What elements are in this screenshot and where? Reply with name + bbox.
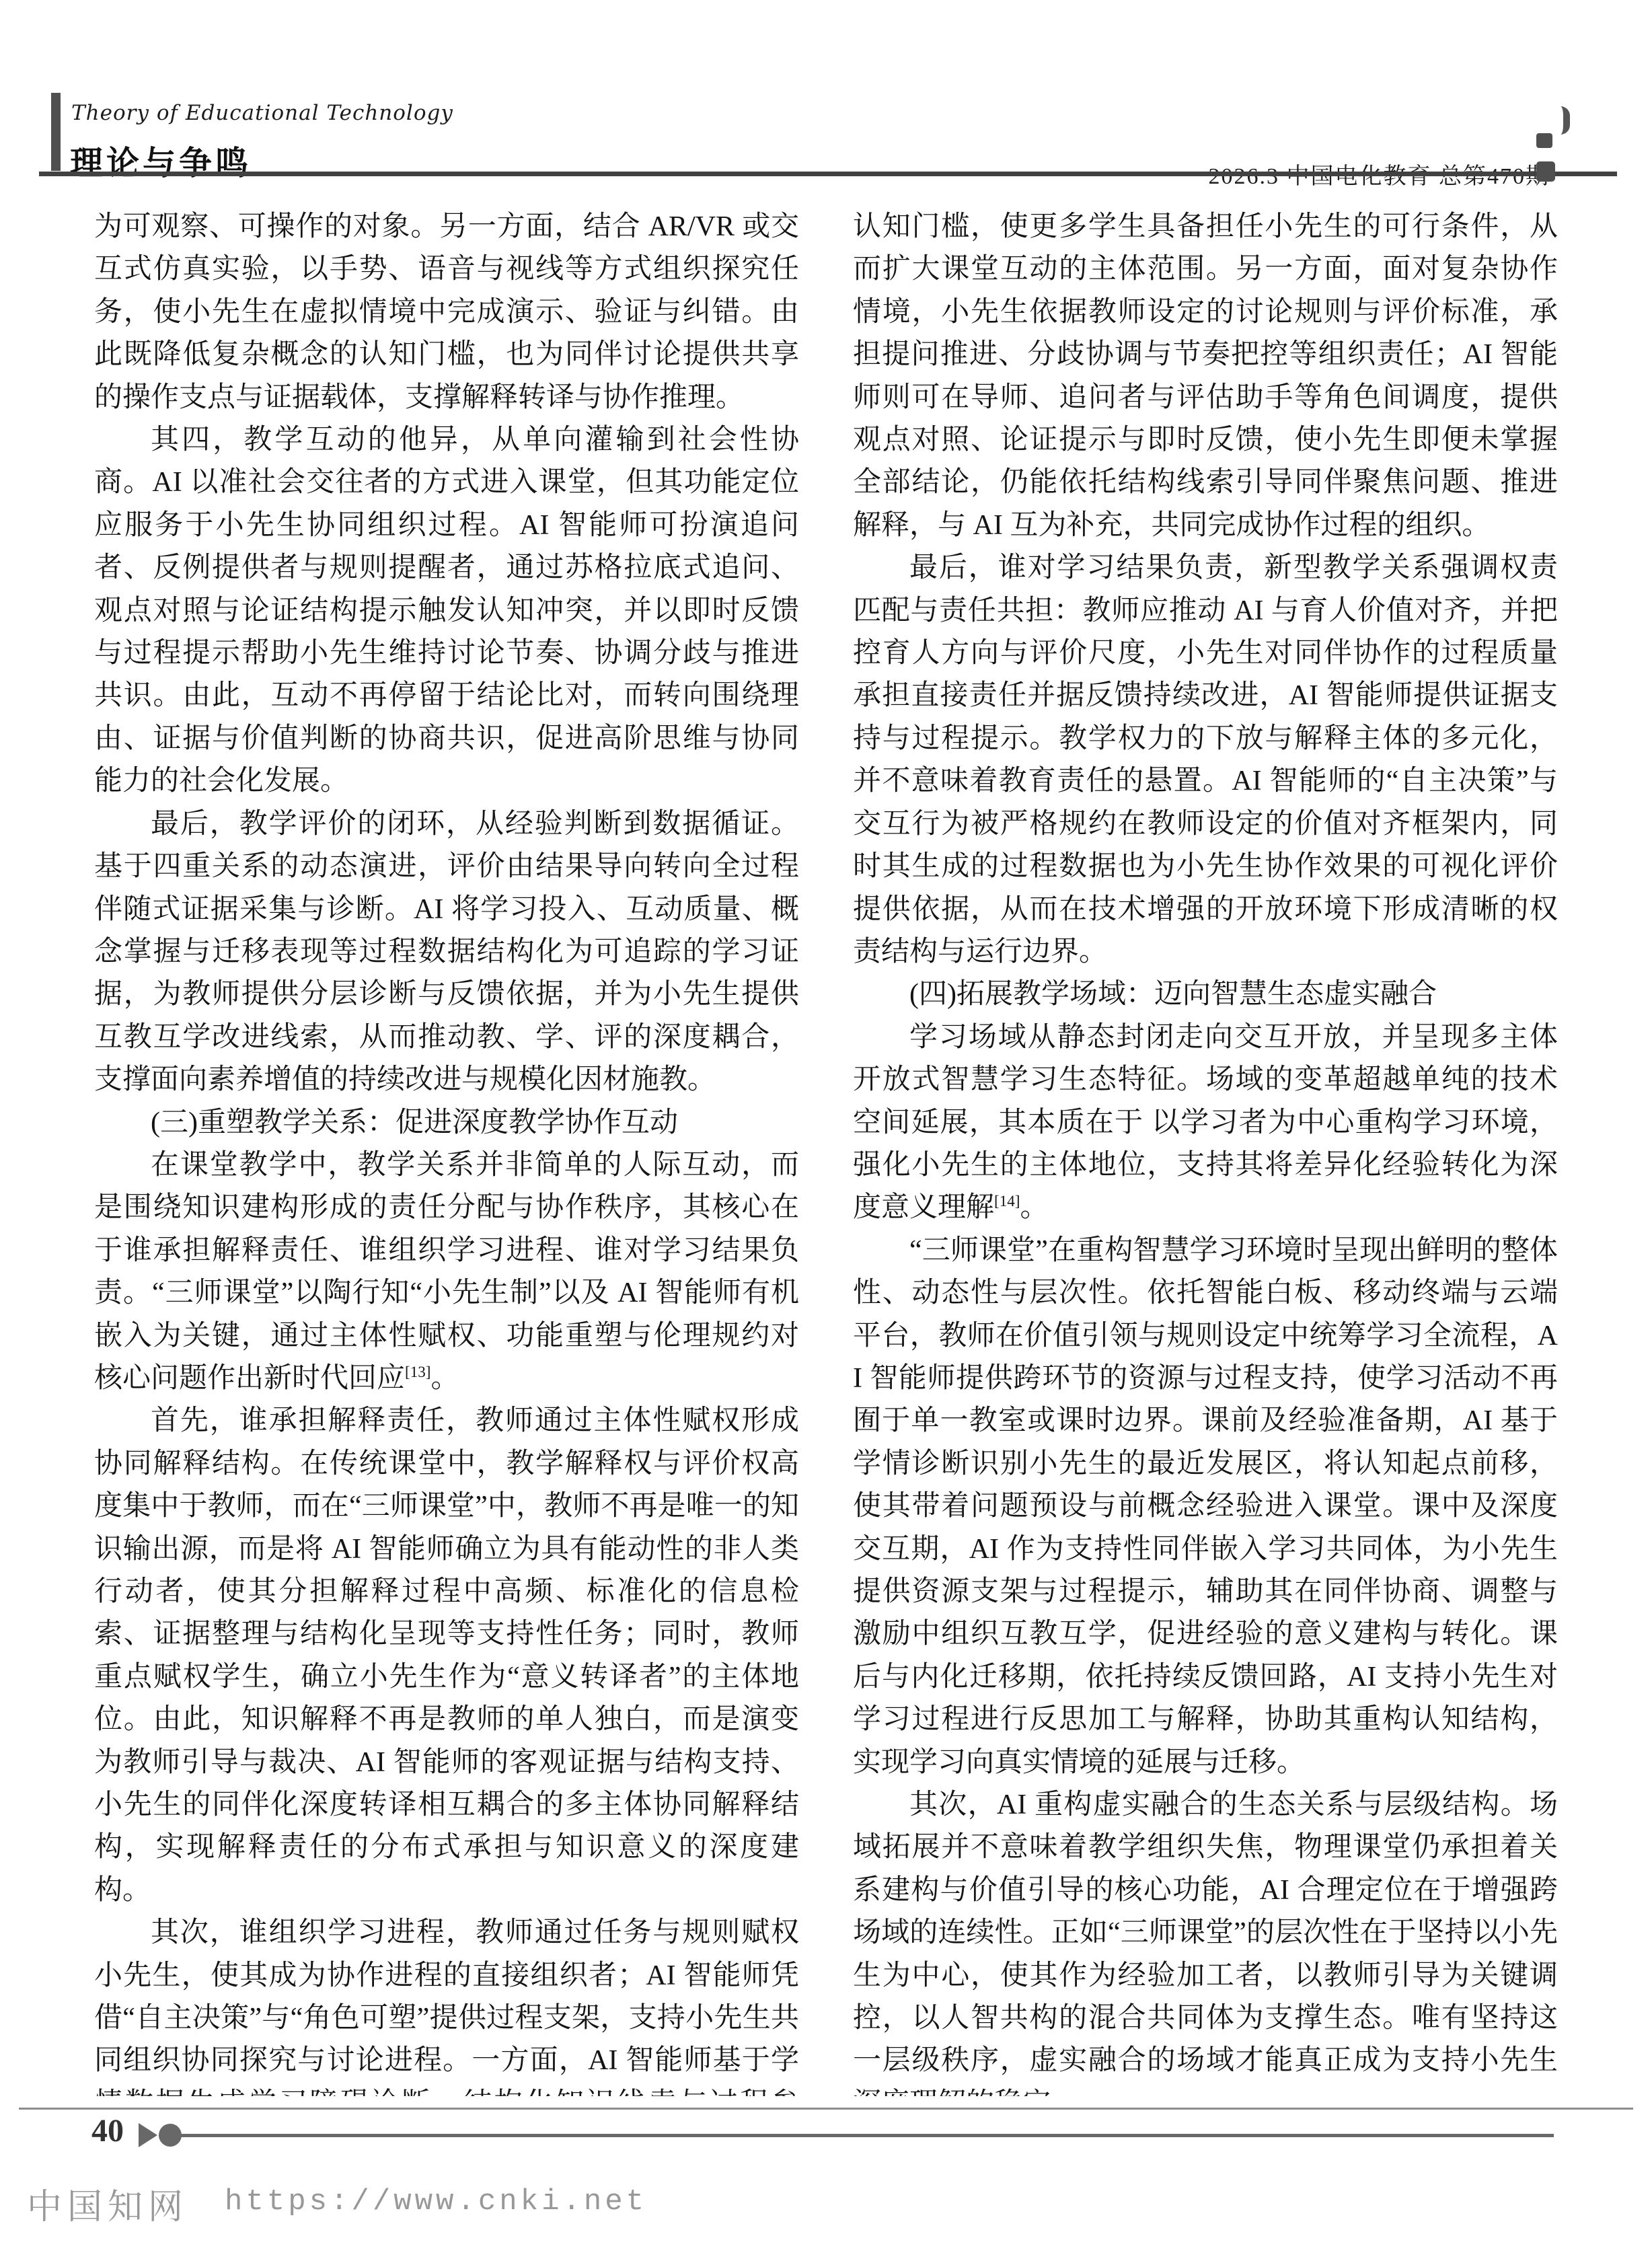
paragraph: 在课堂教学中，教学关系并非简单的人际互动，而是围绕知识建构形成的责任分配与协作秩…	[94, 1144, 799, 1400]
paragraph: “三师课堂”在重构智慧学习环境时呈现出鲜明的整体性、动态性与层次性。依托智能白板…	[853, 1230, 1558, 1784]
header-ornament-icon	[1536, 161, 1555, 182]
paragraph: (三)重塑教学关系：促进深度教学协作互动	[94, 1102, 799, 1144]
article-column-right: 认知门槛，使更多学生具备担任小先生的可行条件，从而扩大课堂互动的主体范围。另一方…	[853, 206, 1558, 2096]
footer-decorative-line	[176, 2134, 1554, 2137]
paragraph: 其四，教学互动的他异，从单向灌输到社会性协商。AI 以准社会交往者的方式进入课堂…	[94, 419, 799, 803]
header-ornament-icon	[1552, 106, 1570, 135]
header-rule	[39, 172, 1617, 176]
journal-page: Theory of Educational Technology 理论与争鸣 2…	[0, 0, 1652, 2265]
cnki-watermark: 中国知网	[27, 2178, 188, 2229]
article-column-left: 为可观察、可操作的对象。另一方面，结合 AR/VR 或交互式仿真实验，以手势、语…	[94, 206, 799, 2096]
header-ornament-icon	[1536, 133, 1552, 148]
page-number: 40	[91, 2112, 124, 2149]
citation-ref: [14]	[994, 1192, 1020, 1210]
footer-rule	[19, 2108, 1633, 2110]
paragraph: 学习场域从静态封闭走向交互开放，并呈现多主体开放式智慧学习生态特征。场域的变革超…	[853, 1016, 1558, 1230]
journal-english-title: Theory of Educational Technology	[71, 101, 453, 125]
paragraph: 为可观察、可操作的对象。另一方面，结合 AR/VR 或交互式仿真实验，以手势、语…	[94, 206, 799, 419]
paragraph: 其次，谁组织学习进程，教师通过任务与规则赋权小先生，使其成为协作进程的直接组织者…	[94, 1912, 799, 2096]
cnki-url: https://www.cnki.net	[225, 2185, 647, 2219]
header-accent-bar	[51, 93, 61, 171]
section-title: 理论与争鸣	[70, 137, 252, 184]
paragraph: 首先，谁承担解释责任，教师通过主体性赋权形成协同解释结构。在传统课堂中，教学解释…	[94, 1400, 799, 1912]
citation-ref: [13]	[405, 1363, 430, 1380]
paragraph: 认知门槛，使更多学生具备担任小先生的可行条件，从而扩大课堂互动的主体范围。另一方…	[853, 206, 1558, 547]
paragraph: (四)拓展教学场域：迈向智慧生态虚实融合	[853, 973, 1558, 1016]
paragraph: 其次，AI 重构虚实融合的生态关系与层级结构。场域拓展并不意味着教学组织失焦，物…	[853, 1784, 1558, 2096]
paragraph: 最后，谁对学习结果负责，新型教学关系强调权责匹配与责任共担：教师应推动 AI 与…	[853, 547, 1558, 973]
paragraph: 最后，教学评价的闭环，从经验判断到数据循证。基于四重关系的动态演进，评价由结果导…	[94, 803, 799, 1102]
triangle-icon	[139, 2123, 157, 2147]
